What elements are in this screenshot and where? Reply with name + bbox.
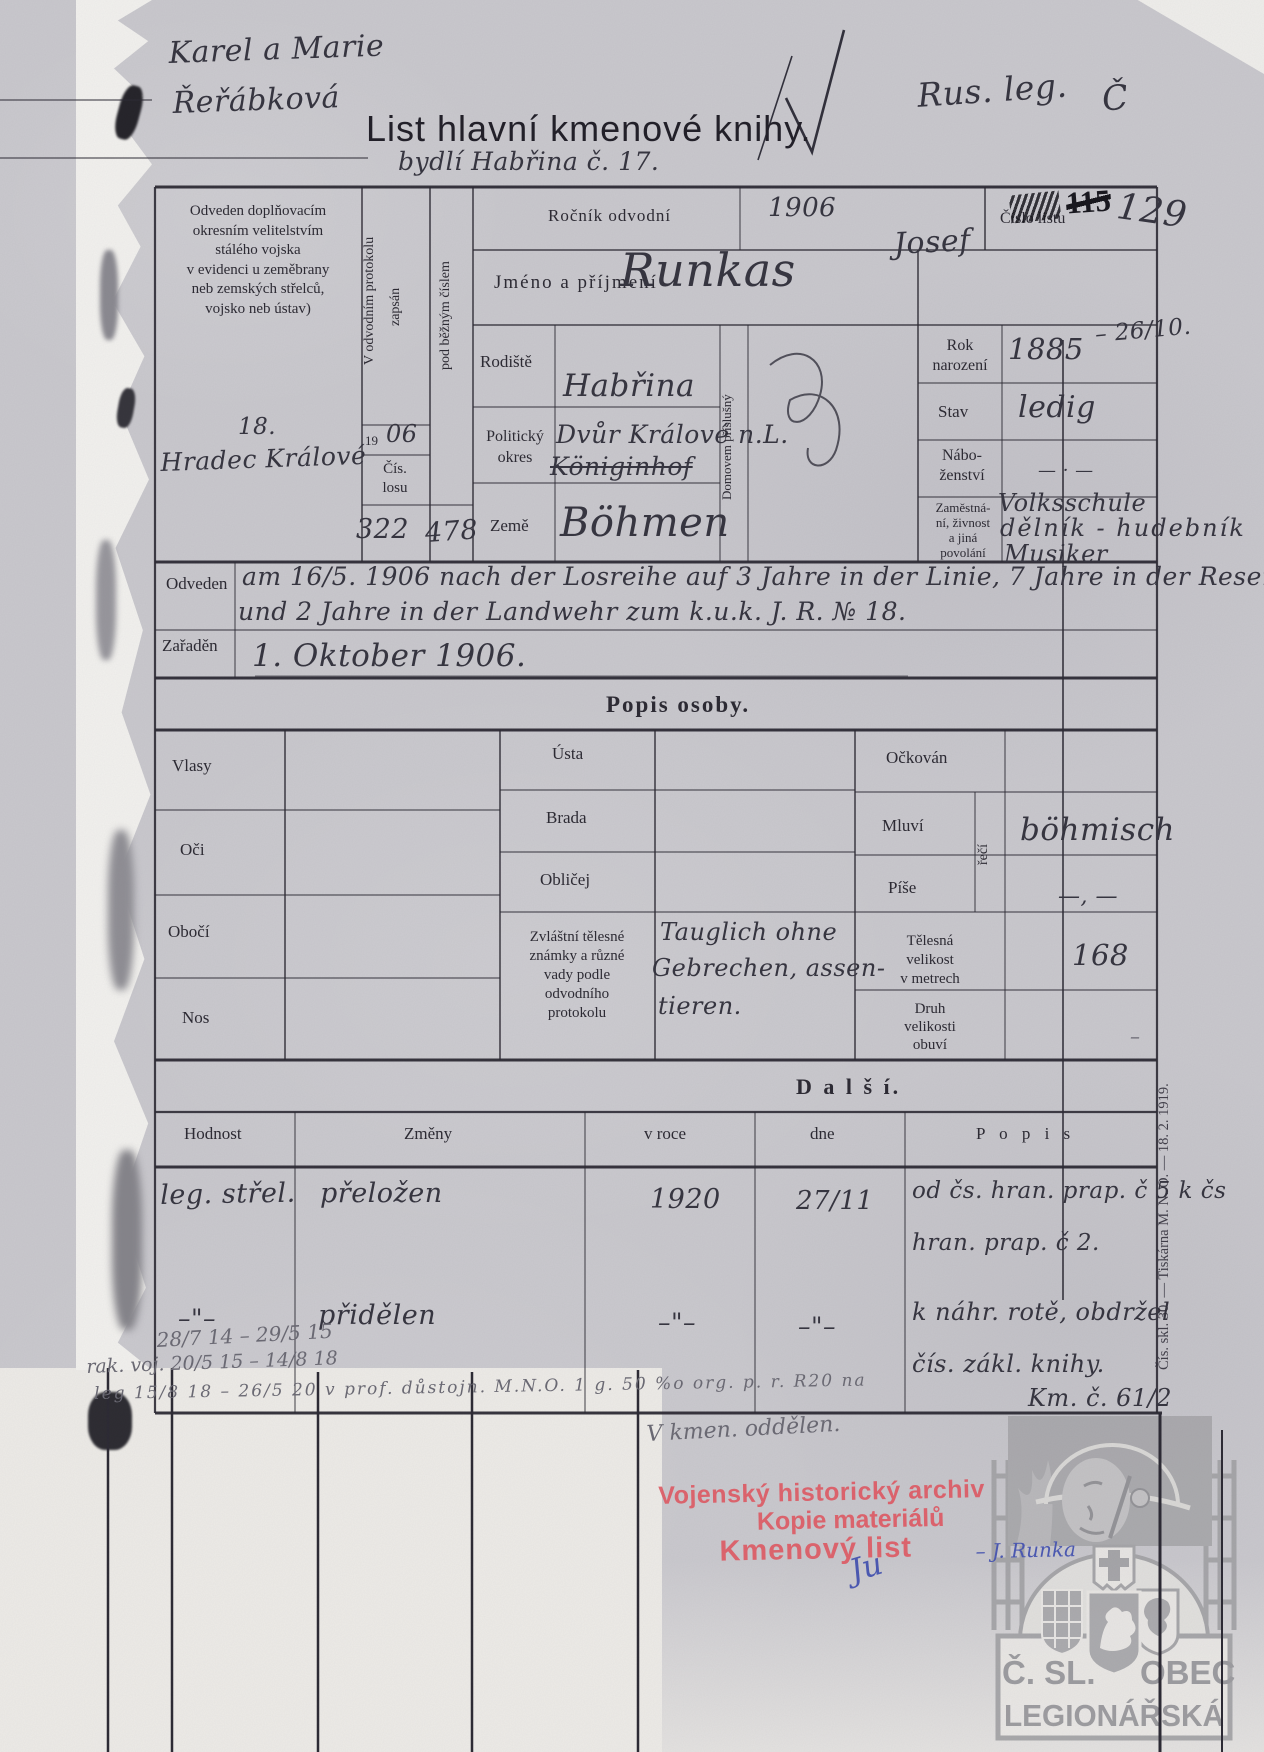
col-dne: dne [810, 1124, 835, 1144]
rodiste-value: Habřina [563, 368, 695, 404]
stav-value: ledig [1018, 390, 1096, 425]
nabozenstvi-label-line: ženství [928, 466, 996, 486]
rodiste-label: Rodiště [480, 352, 532, 372]
residence-note: bydlí Habřina č. 17. [398, 147, 659, 176]
left-note-line: Odveden doplňovacím [160, 202, 356, 222]
zamestnani-label-line: povolání [920, 545, 1006, 560]
odveden-label: Odveden [166, 574, 227, 594]
left-note-line: vojsko neb ústav) [160, 300, 356, 320]
narozeni-value: 1885 [1008, 332, 1084, 366]
zamestnani-label-line: a jiná [920, 530, 1006, 545]
archive-stamp: Vojenský historický archiv Kopie materiá… [652, 1470, 1145, 1610]
printer-imprint: Čís. skl. 30. — Tiskárna M. N. O. — 18. … [1156, 892, 1176, 1370]
zvlastni-label-line: protokolu [498, 1004, 656, 1023]
protocol-column-label2: zapsán [388, 232, 408, 382]
okres-label: Politický okres [476, 426, 554, 468]
left-note-line: stálého vojska [160, 241, 356, 261]
zvlastni-value-line2: Gebrechen, assen- [652, 954, 885, 982]
telesna-value: 168 [1072, 938, 1129, 972]
okres-label-line: Politický [476, 426, 554, 447]
zeme-label: Země [490, 516, 529, 536]
rocnik-value: 1906 [768, 193, 836, 223]
oci-label: Oči [180, 840, 205, 860]
legion-letter: Č [1100, 77, 1131, 120]
zvlastni-value-line3: tieren. [658, 992, 742, 1020]
zvlastni-label-line: odvodního [498, 985, 656, 1004]
zamestnani-label-line: Zaměstná- [920, 500, 1006, 515]
left-note: Odveden doplňovacím okresním velitelství… [160, 202, 356, 319]
telesna-label-line: Tělesná [858, 932, 1002, 951]
page-title: List hlavní kmenové knihy. [366, 108, 812, 150]
ockovan-label: Očkován [886, 748, 947, 768]
mluvi-value: böhmisch [1020, 812, 1175, 848]
druh-value: – [1130, 1024, 1140, 1048]
row1-popis-line1: od čs. hran. prap. č 5 k čs [912, 1178, 1227, 1204]
nabozenstvi-label-line: Nábo- [928, 446, 996, 466]
narozeni-label-line: narození [920, 356, 1000, 376]
lot-label: Čís. losu [363, 460, 427, 498]
owner-names-line2: Řeřábková [172, 80, 340, 121]
narozeni-label: Rok narození [920, 336, 1000, 376]
popis-osoby-heading: Popis osoby. [606, 692, 750, 718]
odveden-text-line1: am 16/5. 1906 nach der Losreihe auf 3 Ja… [242, 562, 1264, 591]
nos-label: Nos [182, 1008, 209, 1028]
col-hodnost: Hodnost [184, 1124, 242, 1144]
nabozenstvi-label: Nábo- ženství [928, 446, 996, 486]
left-note-line: okresním velitelstvím [160, 222, 356, 242]
okres-value-line2-struck: Königinhof [550, 452, 693, 481]
row1-popis-line2: hran. prap. č 2. [912, 1230, 1100, 1256]
zvlastni-label-line: známky a různé [498, 947, 656, 966]
left-note-line: neb zemských střelců, [160, 280, 356, 300]
pise-label: Píše [888, 878, 916, 898]
druh-label-line: obuví [858, 1036, 1002, 1054]
surname-value: Runkas [620, 243, 796, 297]
pen-note: – J. Runka [975, 1537, 1076, 1563]
druh-label-line: velikosti [858, 1018, 1002, 1036]
brada-label: Brada [546, 808, 587, 828]
rocnik-label: Ročník odvodní [548, 206, 671, 226]
row1-rok: 1920 [650, 1184, 721, 1215]
firstname-value: Josef [893, 223, 972, 262]
row1-zmeny: přeložen [320, 1178, 443, 1209]
protocol-column-label: V odvodním protokolu [362, 196, 384, 406]
cislo-listu-old: 115 [1065, 182, 1112, 221]
zaraden-label: Zařaděn [162, 636, 218, 656]
zamestnani-label: Zaměstná- ní, živnost a jiná povolání [920, 500, 1006, 560]
reci-label: řečí [976, 820, 996, 890]
serial-value: 478 [424, 514, 479, 549]
zvlastni-value-line1: Tauglich ohne [660, 918, 837, 946]
zeme-value: Böhmen [560, 500, 730, 546]
row2-zmeny: přidělen [318, 1300, 436, 1331]
druh-label: Druh velikosti obuví [858, 1000, 1002, 1054]
left-value-number: 18. [238, 414, 276, 440]
row2-dne: –"– [798, 1312, 836, 1341]
dalsi-heading: D a l š í. [796, 1074, 901, 1100]
row1-dne: 27/11 [796, 1186, 873, 1216]
usta-label: Ústa [552, 744, 583, 764]
scanned-document-page: Č. SL. OBEC LEGIONÁŘSKÁ [0, 0, 1264, 1752]
col-vroce: v roce [644, 1124, 686, 1144]
row2-popis-line1: k náhr. rotě, obdržel [912, 1298, 1170, 1326]
telesna-label-line: v metrech [858, 970, 1002, 989]
row2-rok: –"– [658, 1308, 696, 1337]
mluvi-label: Mluví [882, 816, 924, 836]
narozeni-label-line: Rok [920, 336, 1000, 356]
telesna-label-line: velikost [858, 951, 1002, 970]
zamestnani-label-line: ní, živnost [920, 515, 1006, 530]
row2-popis-line3: Km. č. 61/2 [1028, 1384, 1172, 1412]
zaraden-value: 1. Oktober 1906. [252, 638, 526, 674]
crossed-out-scribble [1009, 190, 1062, 223]
lot-label-line: losu [363, 479, 427, 498]
stav-label: Stav [938, 402, 968, 422]
okres-label-line: okres [476, 447, 554, 468]
year-handwritten: 06 [386, 420, 418, 448]
serial-column-label: pod běžným číslem [438, 208, 460, 423]
telesna-label: Tělesná velikost v metrech [858, 932, 1002, 989]
year-printed: 19 [365, 433, 378, 449]
nabozenstvi-value: — · — [1038, 460, 1094, 481]
zvlastni-label: Zvláštní tělesné známky a různé vady pod… [498, 928, 656, 1023]
lot-label-line: Čís. [363, 460, 427, 479]
oboci-label: Obočí [168, 922, 210, 942]
druh-label-line: Druh [858, 1000, 1002, 1018]
okres-value-line1: Dvůr Králové n.L. [556, 420, 789, 449]
zamestnani-value-line2: dělník - hudebník [1000, 514, 1246, 542]
row2-popis-line2: čís. zákl. knihy. [912, 1350, 1105, 1378]
row1-hodnost: leg. střel. [160, 1178, 296, 1211]
zvlastni-label-line: Zvláštní tělesné [498, 928, 656, 947]
vlasy-label: Vlasy [172, 756, 212, 776]
left-note-line: v evidenci u zeměbrany [160, 261, 356, 281]
lot-value: 322 [356, 514, 409, 545]
stamp-line3: Kmenový list [719, 1532, 912, 1569]
zvlastni-label-line: vady podle [498, 966, 656, 985]
col-popis: P o p i s [976, 1124, 1075, 1144]
zamestnani-value-line1: Volksschule [998, 489, 1146, 517]
col-zmeny: Změny [404, 1124, 452, 1144]
oblicej-label: Obličej [540, 870, 590, 890]
odveden-text-line2: und 2 Jahre in der Landwehr zum k.u.k. J… [238, 597, 906, 626]
pise-value: —, — [1058, 884, 1118, 909]
